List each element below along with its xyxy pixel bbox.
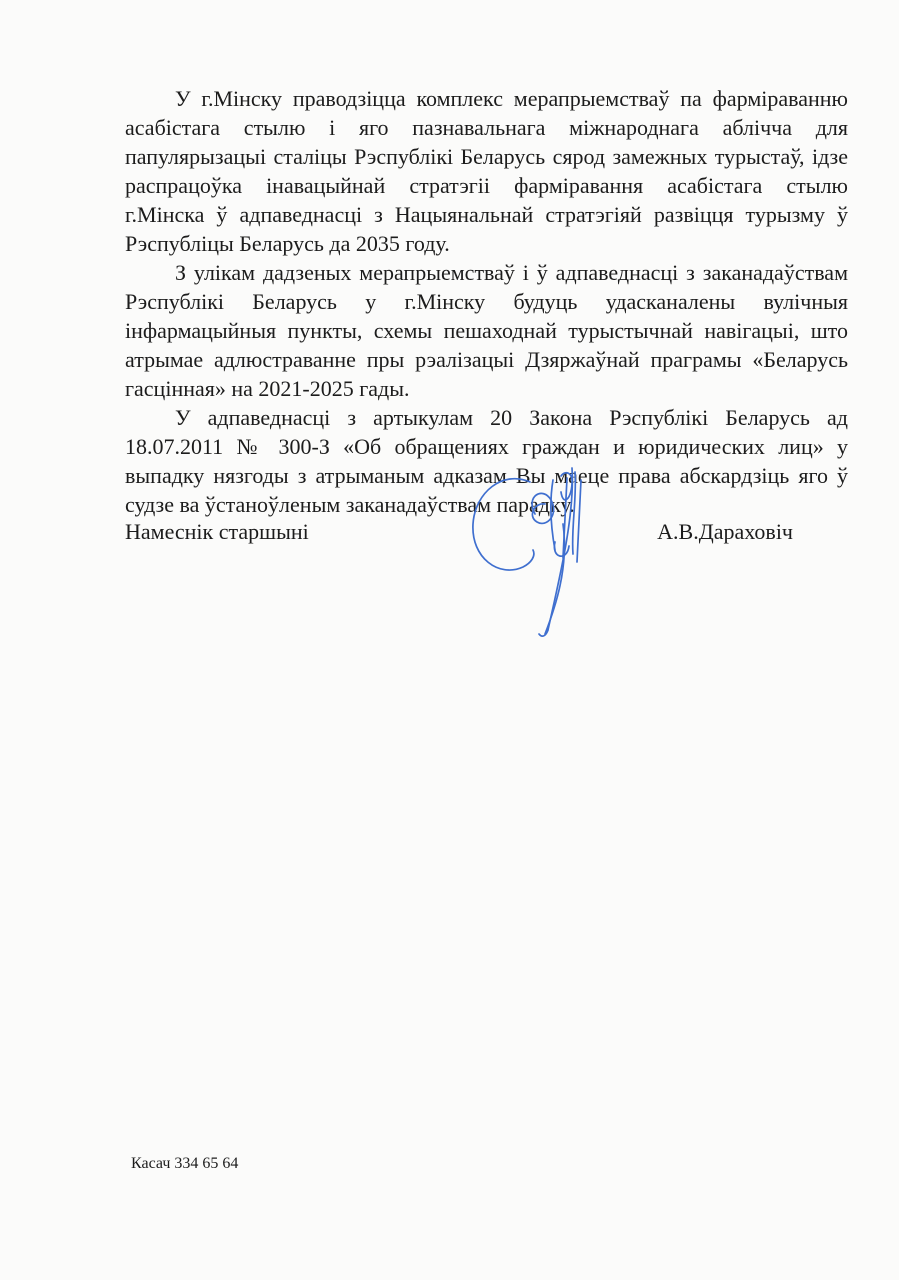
text-line: гасцінная» на 2021-2025 гады. xyxy=(125,374,848,403)
clerk-reference: Касач 334 65 64 xyxy=(131,1154,238,1174)
text-line: распрацоўка інавацыйнай стратэгіі фармір… xyxy=(125,171,848,200)
signer-position-title: Намеснік старшыні xyxy=(125,517,309,546)
text-line: атрымае адлюстраванне пры рэалізацыі Дзя… xyxy=(125,345,848,374)
paragraph-1: У г.Мінску праводзіцца комплекс мерапрые… xyxy=(125,84,848,258)
text-line: У г.Мінску праводзіцца комплекс мерапрые… xyxy=(125,84,848,113)
paragraph-3: У адпаведнасці з артыкулам 20 Закона Рэс… xyxy=(125,403,848,519)
text-line: У адпаведнасці з артыкулам 20 Закона Рэс… xyxy=(125,403,848,432)
text-line: судзе ва ўстаноўленым заканадаўствам пар… xyxy=(125,490,848,519)
signature-block: Намеснік старшыні А.В.Дараховіч xyxy=(125,517,848,546)
text-line: інфармацыйныя пункты, схемы пешаходнай т… xyxy=(125,316,848,345)
text-line: З улікам дадзеных мерапрыемстваў і ў адп… xyxy=(125,258,848,287)
text-line: асабістага стылю і яго пазнавальнага між… xyxy=(125,113,848,142)
text-line: Рэспубліцы Беларусь да 2035 году. xyxy=(125,229,848,258)
letter-body: У г.Мінску праводзіцца комплекс мерапрые… xyxy=(125,84,848,519)
paragraph-2: З улікам дадзеных мерапрыемстваў і ў адп… xyxy=(125,258,848,403)
signer-name: А.В.Дараховіч xyxy=(657,517,848,546)
text-line: выпадку нязгоды з атрыманым адказам Вы м… xyxy=(125,461,848,490)
text-line: папулярызацыі сталіцы Рэспублікі Беларус… xyxy=(125,142,848,171)
text-line: г.Мінска ў адпаведнасці з Нацыянальнай с… xyxy=(125,200,848,229)
text-line: Рэспублікі Беларусь у г.Мінску будуць уд… xyxy=(125,287,848,316)
text-line: 18.07.2011 № 300-З «Об обращениях гражда… xyxy=(125,432,848,461)
